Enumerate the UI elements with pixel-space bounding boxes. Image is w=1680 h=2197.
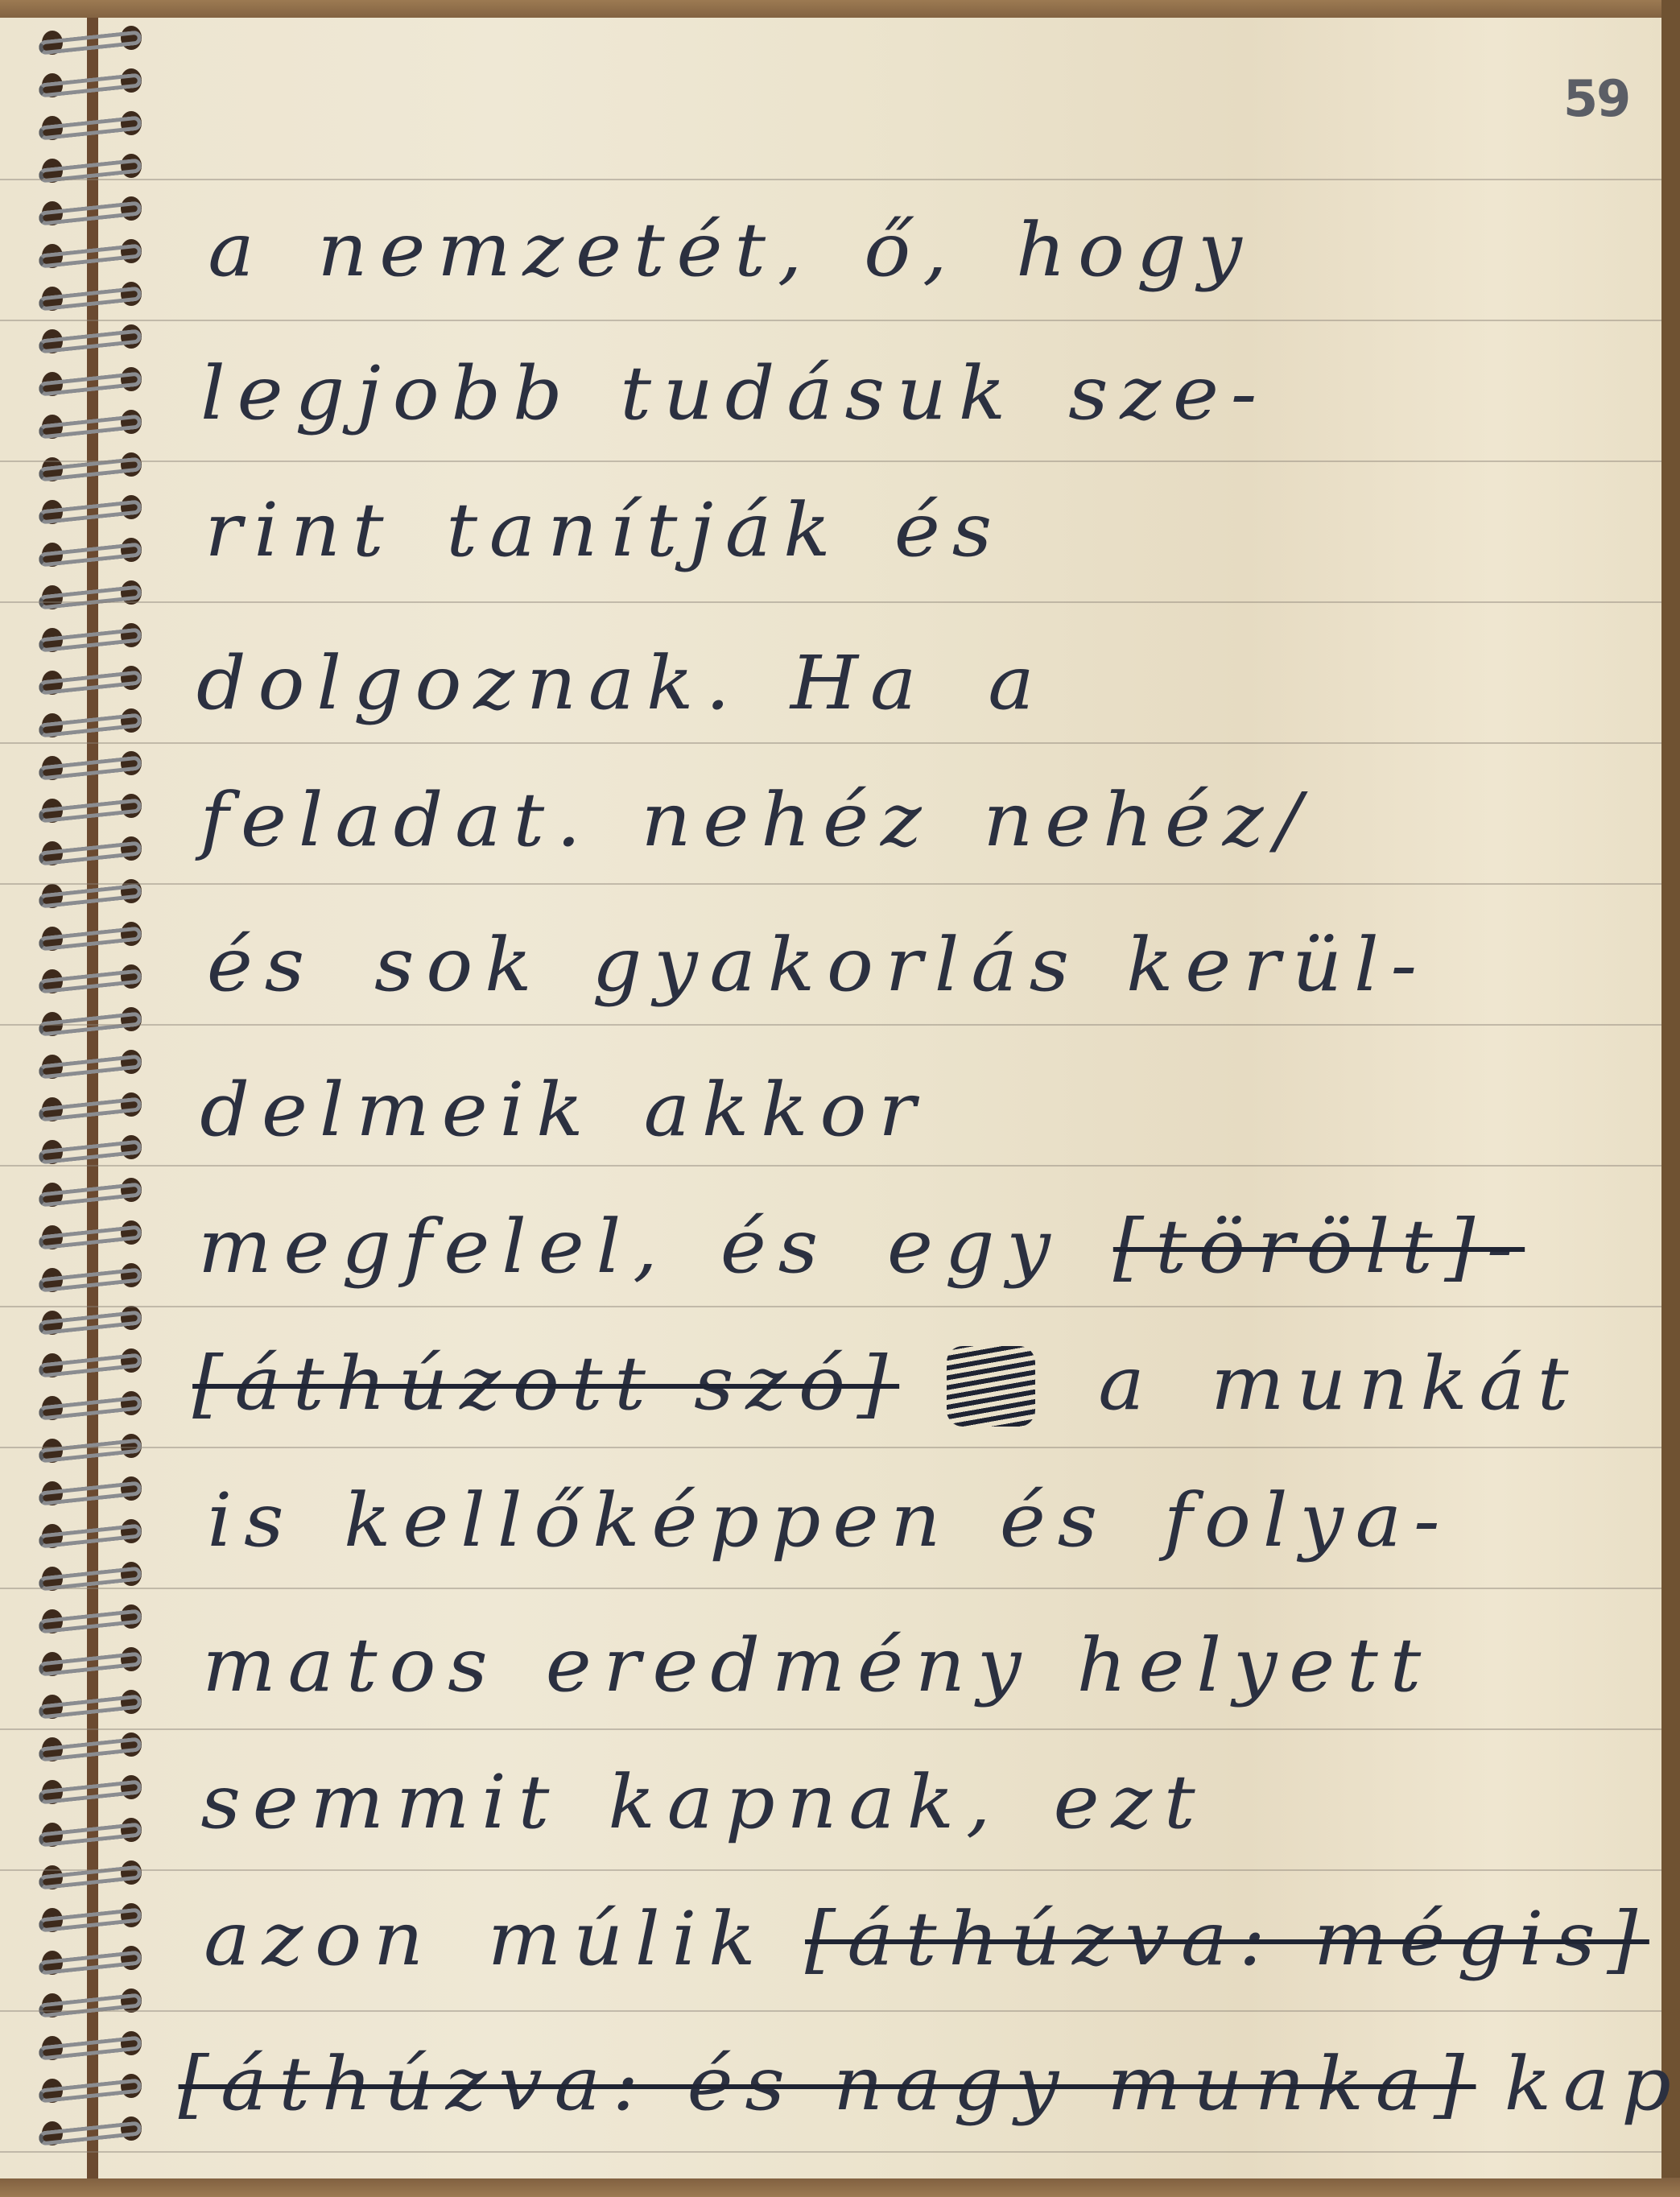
ruled-line	[0, 1447, 1661, 1448]
handwritten-line-10: is kellőképpen és folya-	[209, 1467, 1610, 1563]
word: tanítják	[446, 487, 842, 573]
handwritten-line-1: a nemzetét, ő, hogy	[209, 196, 1610, 293]
word: múlik	[488, 1896, 768, 1982]
ruled-line	[0, 1588, 1661, 1589]
word: Ha	[790, 640, 927, 726]
handwritten-line-6: és sok gyakorlás kerül-	[209, 911, 1610, 1008]
page-number: 59	[1563, 69, 1629, 128]
word: a	[988, 640, 1046, 726]
struck-word: [áthúzva: mégis]	[805, 1896, 1649, 1982]
handwritten-line-13: azon múlik [áthúzva: mégis]	[209, 1885, 1610, 1982]
word: kap-	[1505, 2041, 1680, 2127]
handwritten-line-14: [áthúzva: és nagy munka] kap-	[209, 2030, 1610, 2127]
handwritten-line-2: legjobb tudásuk sze-	[209, 340, 1610, 436]
word: és	[207, 922, 316, 1008]
ruled-line	[0, 1869, 1661, 1871]
scribble-mark	[947, 1346, 1035, 1427]
ruled-line	[0, 2010, 1661, 2012]
word: hogy	[1016, 207, 1254, 293]
word: sze-	[1068, 350, 1269, 436]
handwritten-line-4: dolgoznak. Ha a	[209, 630, 1610, 726]
ruled-line	[0, 1306, 1661, 1307]
word: és	[720, 1204, 829, 1290]
word: ezt	[1054, 1759, 1207, 1845]
word: legjobb	[200, 350, 575, 436]
word: rint	[204, 487, 395, 573]
word: tudásuk	[621, 350, 1018, 436]
desk-surface-top	[0, 0, 1680, 19]
word: kellőképpen	[344, 1477, 952, 1563]
word: sok	[374, 922, 543, 1008]
handwritten-line-12: semmit kapnak, ezt	[209, 1749, 1610, 1845]
struck-word: [áthúzott szó]	[192, 1340, 899, 1427]
word: is	[207, 1477, 295, 1563]
ruled-line	[0, 1728, 1661, 1730]
ruled-line	[0, 179, 1661, 180]
handwritten-line-3: rint tanítják és	[209, 477, 1610, 573]
word: azon	[204, 1896, 435, 1982]
word: akkor	[643, 1067, 927, 1153]
word: helyett	[1077, 1622, 1434, 1708]
ruled-line	[0, 601, 1661, 603]
handwritten-line-5: feladat. nehéz nehéz/	[209, 766, 1610, 863]
word: megfelel,	[198, 1204, 669, 1290]
word: matos	[202, 1622, 499, 1708]
word: a	[1099, 1340, 1157, 1427]
ruled-line	[0, 742, 1661, 744]
word: egy	[887, 1204, 1063, 1290]
ruled-line	[0, 883, 1661, 885]
ruled-line	[0, 1024, 1661, 1026]
word: nehéz	[641, 777, 933, 863]
ruled-line	[0, 1165, 1661, 1167]
word: a	[208, 207, 266, 293]
ruled-line	[0, 2151, 1661, 2153]
word: dolgoznak.	[196, 640, 742, 726]
word: eredmény	[545, 1622, 1033, 1708]
word: nehéz/	[983, 777, 1313, 863]
word: semmit	[200, 1759, 561, 1845]
ruled-line	[0, 460, 1661, 462]
ruled-line	[0, 320, 1661, 321]
desk-surface-right	[1661, 0, 1680, 2197]
handwritten-line-11: matos eredmény helyett	[209, 1612, 1610, 1708]
handwritten-line-9: [áthúzott szó] a munkát	[209, 1330, 1610, 1427]
notebook-page: 59 a nemzetét, ő, hogy legjobb tudásuk s…	[0, 18, 1661, 2178]
struck-word: [törölt]-	[1112, 1204, 1524, 1290]
word: delmeik	[200, 1067, 595, 1153]
word: és	[894, 487, 1004, 573]
word: ő,	[865, 207, 960, 293]
word: kapnak,	[608, 1759, 1002, 1845]
word: nemzetét,	[317, 207, 814, 293]
word: gyakorlás	[592, 922, 1081, 1008]
word: és	[1000, 1477, 1109, 1563]
handwritten-line-8: megfelel, és egy [törölt]-	[209, 1193, 1610, 1290]
handwritten-line-7: delmeik akkor	[209, 1056, 1610, 1153]
word: folya-	[1164, 1477, 1452, 1563]
word: feladat.	[200, 777, 592, 863]
word: munkát	[1211, 1340, 1580, 1427]
desk-surface-bottom	[0, 2178, 1680, 2197]
struck-word: [áthúzva: és nagy munka]	[179, 2041, 1476, 2127]
word: kerül-	[1126, 922, 1429, 1008]
